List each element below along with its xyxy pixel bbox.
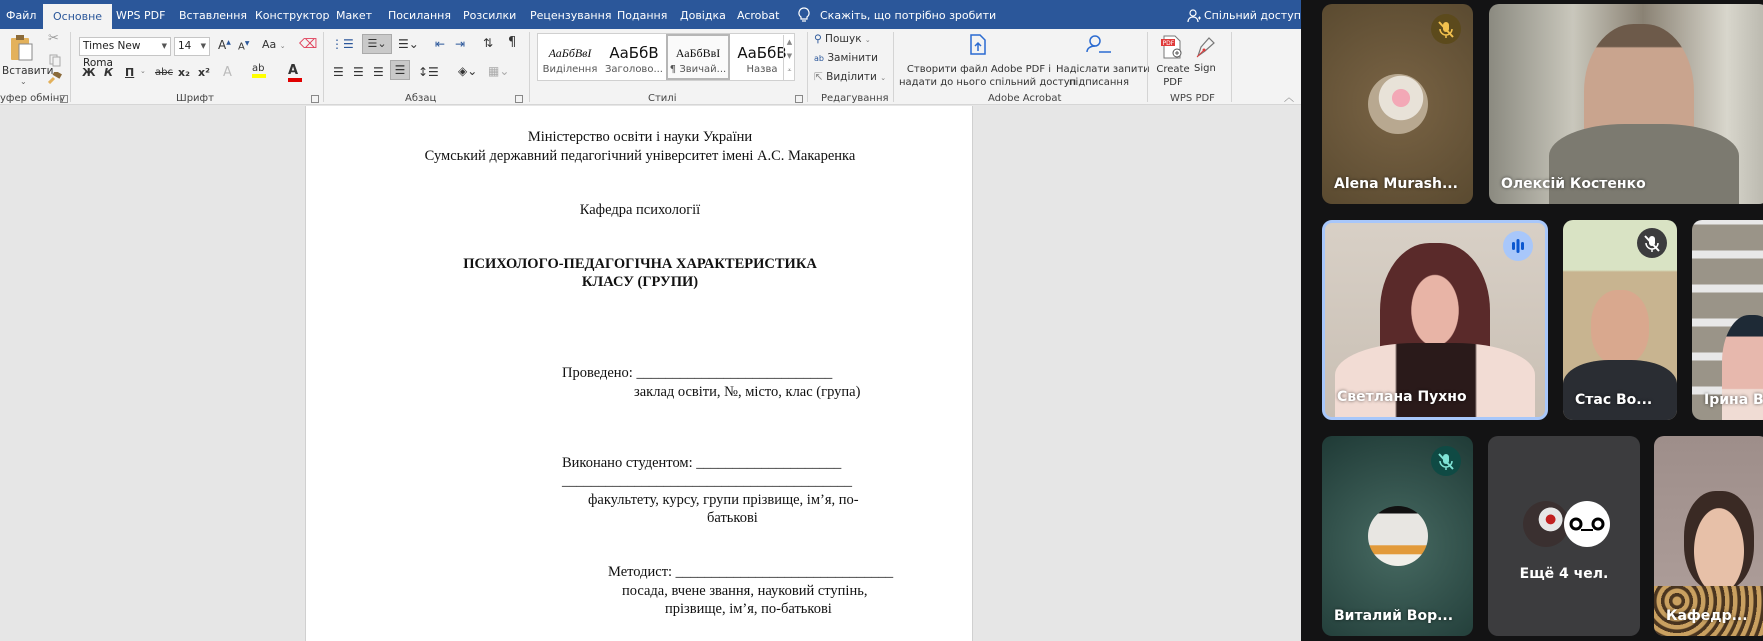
word-window: Файл Основне WPS PDF Вставлення Конструк…	[0, 0, 1301, 641]
select-button[interactable]: ⇱ Виділити ⌄	[814, 71, 886, 83]
grow-font-button[interactable]: A▲	[218, 38, 231, 52]
ribbon: Вставити ⌄ ✂ уфер обміну Times New Roma▼…	[0, 29, 1301, 105]
multilevel-list-button[interactable]: ☰⌄	[398, 37, 419, 51]
italic-button[interactable]: К	[104, 66, 113, 79]
tab-wps-pdf[interactable]: WPS PDF	[116, 0, 165, 29]
doc-conducted-hint: заклад освіти, №, місто, клас (група)	[634, 384, 860, 401]
highlight-color-button[interactable]: ab	[252, 63, 266, 78]
clear-formatting-icon[interactable]: ⌫	[299, 37, 317, 52]
request-signatures-icon	[1085, 34, 1113, 60]
tab-home[interactable]: Основне	[43, 4, 112, 29]
styles-scroll[interactable]: ▲▼⩡	[783, 35, 795, 81]
video-feed-body	[1563, 360, 1677, 420]
participant-name: Стас Во...	[1575, 392, 1652, 408]
tab-acrobat[interactable]: Acrobat	[737, 0, 779, 29]
video-call-panel: Alena Murash... Олексій Костенко Светлан…	[1301, 0, 1763, 641]
paste-dropdown-icon[interactable]: ⌄	[20, 77, 27, 86]
more-participants-label: Ещё 4 чел.	[1488, 566, 1640, 582]
strikethrough-button[interactable]: abc	[155, 67, 173, 78]
participant-tile[interactable]: Олексій Костенко	[1489, 4, 1763, 204]
increase-indent-button[interactable]: ⇥	[455, 37, 465, 51]
request-signatures-button[interactable]: Надіслати запитипідписання	[1056, 63, 1142, 89]
group-label-styles: Стилі	[648, 93, 676, 104]
show-marks-button[interactable]: ¶	[508, 35, 516, 50]
tab-layout[interactable]: Макет	[336, 0, 372, 29]
doc-student-label: Виконано студентом: ____________________	[562, 455, 841, 472]
participant-tile[interactable]: Стас Во...	[1563, 220, 1677, 420]
tab-view[interactable]: Подання	[617, 0, 667, 29]
avatar	[1523, 501, 1569, 547]
doc-title-line2: КЛАСУ (ГРУПИ)	[306, 274, 974, 291]
tab-mailings[interactable]: Розсилки	[463, 0, 516, 29]
more-participants-tile[interactable]: Ещё 4 чел.	[1488, 436, 1640, 636]
borders-button[interactable]: ▦⌄	[488, 64, 509, 78]
doc-student-line: ________________________________________	[562, 473, 852, 490]
share-button[interactable]: Спільний доступ	[1204, 0, 1301, 29]
doc-methodist-label: Методист: ______________________________	[608, 564, 893, 581]
doc-methodist-hint-line1: посада, вчене звання, науковий ступінь,	[622, 583, 867, 600]
collapse-ribbon-icon[interactable]: ︿	[1284, 89, 1294, 104]
doc-student-hint-line2: батькові	[707, 510, 758, 527]
mic-muted-icon	[1431, 14, 1461, 44]
style-heading[interactable]: АаБбВЗаголово...	[602, 34, 666, 80]
avatar	[1368, 506, 1428, 566]
participant-name: Alena Murash...	[1334, 176, 1458, 192]
sign-pen-icon	[1194, 34, 1218, 64]
styles-gallery: АаБбВвIВиділення АаБбВЗаголово... АаБбВв…	[537, 33, 795, 81]
speaking-indicator-icon	[1503, 231, 1533, 261]
group-label-adobe-acrobat: Adobe Acrobat	[988, 93, 1061, 104]
participant-tile[interactable]: Виталий Вор...	[1322, 436, 1473, 636]
doc-conducted-label: Проведено: ___________________________	[562, 365, 832, 382]
create-share-pdf-button[interactable]: Створити файл Adobe PDF інадати до нього…	[899, 63, 1059, 89]
create-share-pdf-icon	[968, 34, 988, 60]
align-center-button[interactable]: ☰	[353, 65, 364, 79]
line-spacing-button[interactable]: ↕☰	[418, 65, 439, 79]
paste-icon[interactable]	[10, 34, 34, 66]
avatar	[1564, 501, 1610, 547]
shrink-font-button[interactable]: A▼	[238, 40, 249, 52]
underline-dropdown-icon[interactable]: ⌄	[140, 67, 146, 75]
tab-file[interactable]: Файл	[6, 0, 36, 29]
group-label-font: Шрифт	[176, 93, 214, 104]
tab-insert[interactable]: Вставлення	[179, 0, 247, 29]
sign-button[interactable]: Sign	[1194, 63, 1216, 74]
participant-name: Кафедр...	[1666, 608, 1748, 624]
doc-title-line1: ПСИХОЛОГО-ПЕДАГОГІЧНА ХАРАКТЕРИСТИКА	[306, 256, 974, 273]
mic-muted-icon	[1637, 228, 1667, 258]
group-label-wps-pdf: WPS PDF	[1170, 93, 1215, 104]
paragraph-launcher[interactable]	[515, 95, 523, 103]
cut-icon[interactable]: ✂	[48, 31, 59, 46]
video-feed-body	[1549, 124, 1739, 204]
create-pdf-icon: PDF	[1160, 34, 1184, 64]
bullets-button[interactable]: ⋮☰	[331, 37, 354, 51]
subscript-button[interactable]: x₂	[178, 66, 190, 79]
doc-student-hint-line1: факультету, курсу, групи прізвище, ім’я,…	[588, 492, 859, 509]
numbering-button[interactable]: ☰⌄	[362, 34, 392, 54]
tab-review[interactable]: Рецензування	[530, 0, 611, 29]
sort-button[interactable]: ⇅	[483, 36, 493, 50]
superscript-button[interactable]: x²	[198, 66, 210, 79]
paste-button[interactable]: Вставити	[2, 65, 53, 77]
shading-button[interactable]: ◈⌄	[458, 64, 477, 78]
participant-tile[interactable]: Alena Murash...	[1322, 4, 1473, 204]
justify-button[interactable]: ☰	[390, 60, 410, 80]
ribbon-tab-bar: Файл Основне WPS PDF Вставлення Конструк…	[0, 0, 1301, 29]
align-right-button[interactable]: ☰	[373, 65, 384, 79]
doc-methodist-hint-line2: прізвище, ім’я, по-батькові	[665, 601, 832, 618]
tab-design[interactable]: Конструктор	[255, 0, 329, 29]
styles-launcher[interactable]	[795, 95, 803, 103]
group-label-paragraph: Абзац	[405, 93, 436, 104]
find-button[interactable]: ⚲ Пошук ⌄	[814, 33, 871, 45]
format-painter-icon[interactable]	[48, 69, 62, 88]
align-left-button[interactable]: ☰	[333, 65, 344, 79]
tell-me-search[interactable]: Скажіть, що потрібно зробити	[820, 0, 996, 29]
doc-department: Кафедра психології	[306, 202, 974, 219]
doc-ministry: Міністерство освіти і науки України	[306, 129, 974, 146]
decrease-indent-button[interactable]: ⇤	[435, 37, 445, 51]
participant-tile-speaking[interactable]: Светлана Пухно	[1322, 220, 1548, 420]
share-person-icon	[1187, 8, 1201, 27]
participant-name: Светлана Пухно	[1337, 389, 1467, 405]
font-launcher[interactable]	[311, 95, 319, 103]
svg-text:PDF: PDF	[1163, 40, 1175, 47]
mic-muted-icon	[1431, 446, 1461, 476]
bold-button[interactable]: Ж	[82, 66, 95, 79]
participant-name: Олексій Костенко	[1501, 176, 1646, 192]
lightbulb-icon	[798, 7, 810, 27]
tab-references[interactable]: Посилання	[388, 0, 451, 29]
text-effects-icon[interactable]: A	[223, 65, 232, 80]
participant-tile[interactable]: Кафедр...	[1654, 436, 1763, 636]
group-label-clipboard: уфер обміну	[0, 93, 65, 104]
participant-name: Ірина Ві...	[1704, 392, 1763, 408]
font-name-combo[interactable]: Times New Roma▼	[79, 37, 171, 56]
video-feed	[1684, 491, 1754, 591]
font-color-button[interactable]: A	[288, 63, 302, 82]
font-size-combo[interactable]: 14▼	[174, 37, 210, 56]
video-feed	[1591, 290, 1649, 365]
avatar	[1368, 74, 1428, 134]
tab-help[interactable]: Довідка	[680, 0, 726, 29]
video-feed-body	[1335, 343, 1535, 420]
replace-button[interactable]: ab Замінити	[814, 52, 878, 64]
doc-university: Сумський державний педагогічний універси…	[306, 148, 974, 165]
style-emphasis[interactable]: АаБбВвIВиділення	[538, 34, 602, 80]
document-page[interactable]: Міністерство освіти і науки України Сумс…	[305, 106, 973, 641]
style-normal[interactable]: АаБбВвI¶ Звичай...	[666, 34, 730, 80]
create-pdf-button[interactable]: CreatePDF	[1155, 63, 1191, 89]
participant-tile[interactable]: Ірина Ві...	[1692, 220, 1763, 420]
change-case-button[interactable]: Aa ⌄	[262, 38, 286, 51]
underline-button[interactable]: П	[125, 66, 134, 79]
group-label-editing: Редагування	[821, 93, 889, 104]
clipboard-launcher[interactable]	[60, 95, 68, 103]
participant-name: Виталий Вор...	[1334, 608, 1453, 624]
